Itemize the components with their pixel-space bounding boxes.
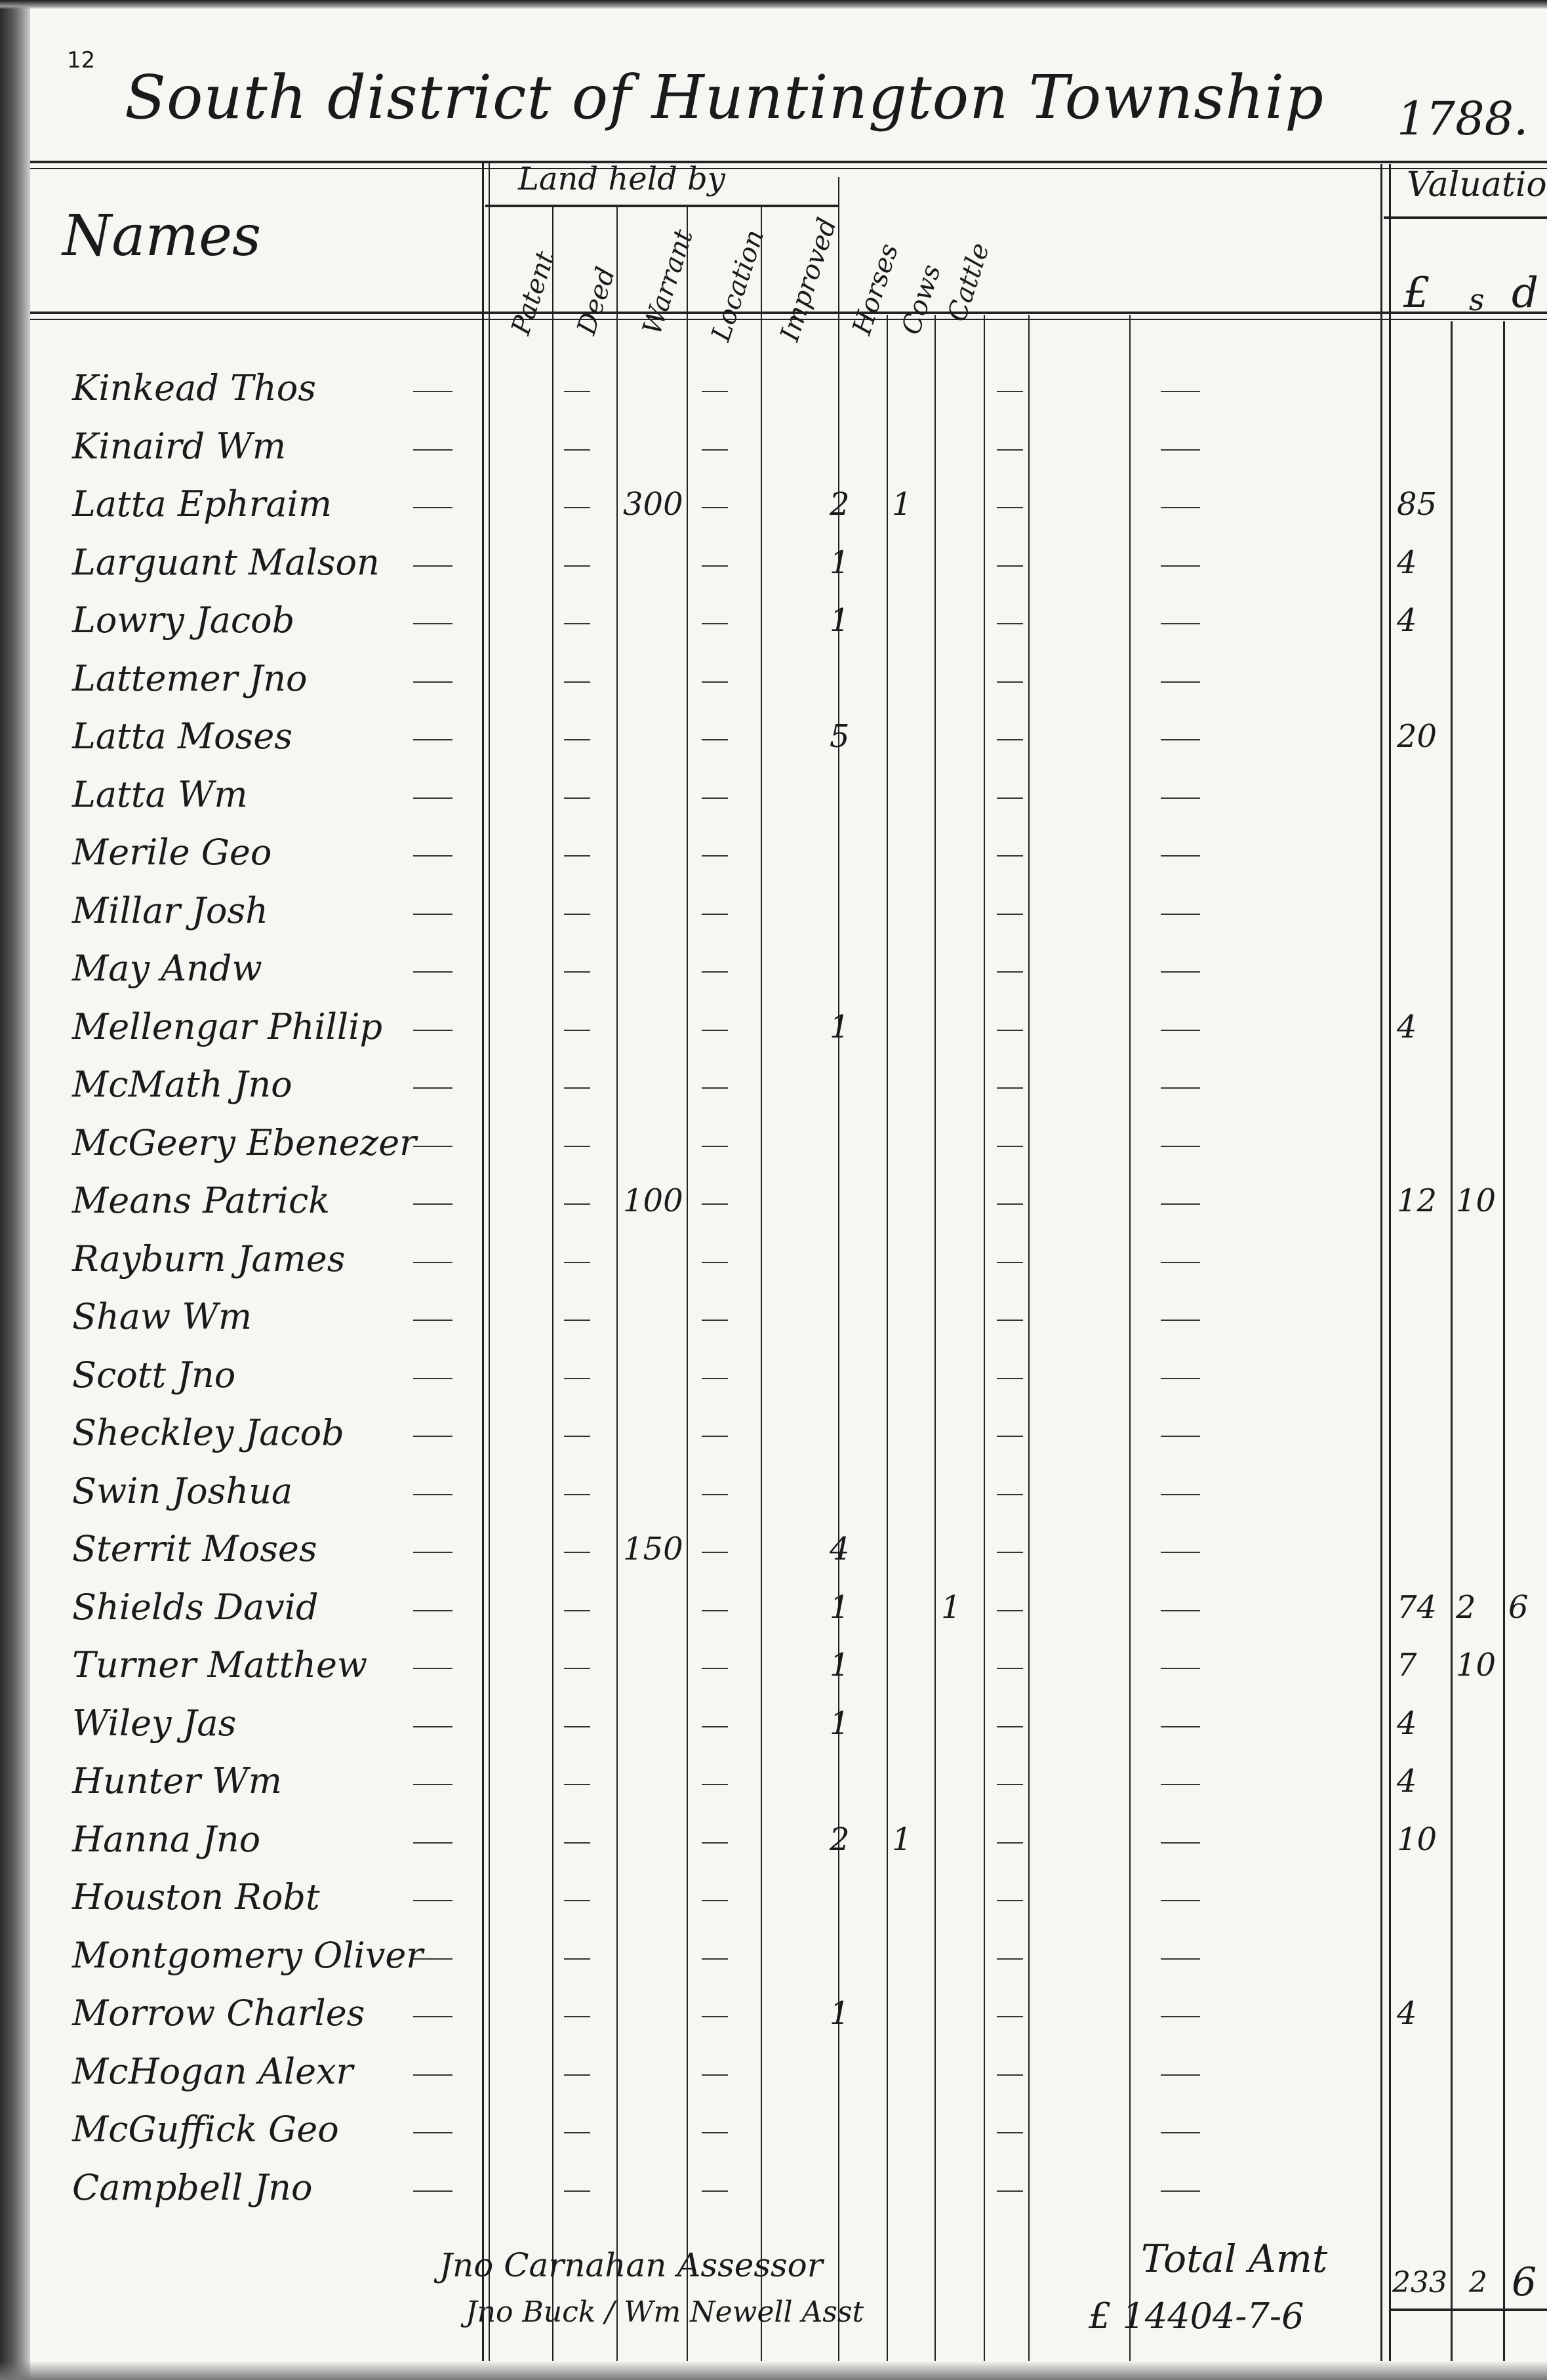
horses-value: 1 bbox=[830, 1009, 850, 1045]
ditto-dash bbox=[997, 797, 1023, 799]
ditto-dash bbox=[1161, 1900, 1200, 1901]
ditto-dash bbox=[1161, 971, 1200, 973]
ditto-dash bbox=[413, 1726, 452, 1727]
ditto-dash bbox=[997, 391, 1023, 392]
table-row: Millar Josh bbox=[46, 890, 1535, 935]
ditto-dash bbox=[702, 391, 728, 392]
ditto-dash bbox=[564, 681, 590, 683]
table-row: McMath Jno bbox=[46, 1064, 1535, 1108]
ditto-dash bbox=[702, 1494, 728, 1495]
ditto-dash bbox=[1161, 1436, 1200, 1437]
ditto-dash bbox=[702, 507, 728, 508]
ditto-dash bbox=[413, 1668, 452, 1669]
horses-column-header: Horses bbox=[847, 240, 904, 338]
ditto-dash bbox=[564, 2074, 590, 2076]
ditto-dash bbox=[1161, 2074, 1200, 2076]
ditto-dash bbox=[702, 1958, 728, 1960]
ditto-dash bbox=[702, 449, 728, 451]
row-name: Latta Moses bbox=[72, 716, 292, 757]
table-row: McGeery Ebenezer bbox=[46, 1122, 1535, 1167]
valuation-pounds: 4 bbox=[1397, 1009, 1417, 1045]
horses-value: 2 bbox=[830, 486, 850, 523]
ditto-dash bbox=[564, 1320, 590, 1321]
ditto-dash bbox=[564, 1610, 590, 1611]
ditto-dash bbox=[564, 1784, 590, 1785]
ditto-dash bbox=[1161, 1378, 1200, 1379]
ditto-dash bbox=[1161, 1030, 1200, 1031]
ditto-dash bbox=[702, 1146, 728, 1147]
valuation-pounds: 4 bbox=[1397, 1705, 1417, 1742]
ditto-dash bbox=[413, 1087, 452, 1089]
valuation-pounds: 4 bbox=[1397, 1763, 1417, 1800]
table-row: McHogan Alexr bbox=[46, 2051, 1535, 2095]
ditto-dash bbox=[702, 1378, 728, 1379]
row-name: Scott Jno bbox=[72, 1354, 235, 1396]
ditto-dash bbox=[1161, 2016, 1200, 2017]
ditto-dash bbox=[564, 2132, 590, 2133]
ditto-dash bbox=[997, 1784, 1023, 1785]
ditto-dash bbox=[997, 1494, 1023, 1495]
row-name: Latta Ephraim bbox=[72, 483, 332, 525]
ditto-dash bbox=[1161, 914, 1200, 915]
ditto-dash bbox=[1161, 449, 1200, 451]
valuation-pounds: 20 bbox=[1397, 718, 1437, 755]
row-name: Houston Robt bbox=[72, 1876, 320, 1918]
ditto-dash bbox=[564, 565, 590, 567]
ditto-dash bbox=[413, 1784, 452, 1785]
table-row: Merile Geo bbox=[46, 832, 1535, 876]
ditto-dash bbox=[702, 1030, 728, 1031]
ditto-dash bbox=[1161, 623, 1200, 624]
total-rule bbox=[1389, 2309, 1547, 2311]
ditto-dash bbox=[413, 507, 452, 508]
ditto-dash bbox=[413, 2132, 452, 2133]
ditto-dash bbox=[997, 2190, 1023, 2192]
horses-value: 5 bbox=[830, 718, 850, 755]
valuation-total-shillings: 2 bbox=[1469, 2266, 1487, 2299]
cows-value: 1 bbox=[892, 486, 912, 523]
ditto-dash bbox=[702, 1784, 728, 1785]
ditto-dash bbox=[1161, 1320, 1200, 1321]
valuation-pounds: 10 bbox=[1397, 1821, 1437, 1858]
table-row: McGuffick Geo bbox=[46, 2108, 1535, 2153]
page-number: 12 bbox=[67, 47, 95, 73]
page-top-edge bbox=[0, 0, 1547, 9]
ditto-dash bbox=[564, 1378, 590, 1379]
ditto-dash bbox=[413, 681, 452, 683]
cows-column-header: Cows bbox=[896, 261, 947, 338]
table-row: Swin Joshua bbox=[46, 1470, 1535, 1515]
ditto-dash bbox=[702, 797, 728, 799]
improved-column-header: Improved bbox=[774, 214, 843, 345]
ditto-dash bbox=[564, 855, 590, 857]
ditto-dash bbox=[413, 2190, 452, 2192]
ditto-dash bbox=[413, 1203, 452, 1205]
ditto-dash bbox=[413, 1494, 452, 1495]
ditto-dash bbox=[997, 1203, 1023, 1205]
horses-value: 1 bbox=[830, 602, 850, 639]
table-row: Means Patrick1001210 bbox=[46, 1180, 1535, 1224]
table-row: Shaw Wm bbox=[46, 1296, 1535, 1341]
row-name: McHogan Alexr bbox=[72, 2051, 353, 2092]
ditto-dash bbox=[564, 507, 590, 508]
ditto-dash bbox=[564, 449, 590, 451]
ditto-dash bbox=[413, 2016, 452, 2017]
valuation-header: Valuation bbox=[1407, 165, 1547, 205]
ditto-dash bbox=[413, 1958, 452, 1960]
ditto-dash bbox=[1161, 739, 1200, 740]
row-name: McGeery Ebenezer bbox=[72, 1122, 416, 1163]
row-name: Wiley Jas bbox=[72, 1703, 236, 1744]
valuation-shillings: 10 bbox=[1456, 1647, 1496, 1684]
ditto-dash bbox=[1161, 1262, 1200, 1263]
ditto-dash bbox=[564, 1436, 590, 1437]
ditto-dash bbox=[997, 1958, 1023, 1960]
ditto-dash bbox=[413, 797, 452, 799]
ditto-dash bbox=[997, 681, 1023, 683]
table-row: Mellengar Phillip14 bbox=[46, 1006, 1535, 1051]
ditto-dash bbox=[997, 1552, 1023, 1553]
table-row: Wiley Jas14 bbox=[46, 1703, 1535, 1747]
ditto-dash bbox=[997, 507, 1023, 508]
ditto-dash bbox=[564, 1900, 590, 1901]
ditto-dash bbox=[702, 623, 728, 624]
page-year: 1788. bbox=[1397, 92, 1528, 146]
ditto-dash bbox=[997, 1146, 1023, 1147]
ditto-dash bbox=[702, 2190, 728, 2192]
table-row: Morrow Charles14 bbox=[46, 1992, 1535, 2037]
ditto-dash bbox=[702, 1668, 728, 1669]
valuation-pounds: 85 bbox=[1397, 486, 1437, 523]
ditto-dash bbox=[997, 739, 1023, 740]
ditto-dash bbox=[564, 2190, 590, 2192]
horses-value: 1 bbox=[830, 1647, 850, 1684]
ditto-dash bbox=[997, 565, 1023, 567]
row-name: Montgomery Oliver bbox=[72, 1935, 423, 1976]
valuation-group-rule bbox=[1384, 216, 1547, 219]
ditto-dash bbox=[564, 1494, 590, 1495]
ditto-dash bbox=[997, 623, 1023, 624]
ditto-dash bbox=[564, 1552, 590, 1553]
header-top-rule bbox=[30, 161, 1547, 163]
ditto-dash bbox=[702, 1087, 728, 1089]
column-rule bbox=[616, 205, 618, 2361]
row-name: Means Patrick bbox=[72, 1180, 330, 1221]
ditto-dash bbox=[413, 565, 452, 567]
total-amount: £ 14404-7-6 bbox=[1089, 2295, 1304, 2337]
row-name: Latta Wm bbox=[72, 774, 248, 815]
valuation-total-pence: 6 bbox=[1512, 2259, 1537, 2305]
ditto-dash bbox=[702, 1436, 728, 1437]
row-name: Mellengar Phillip bbox=[72, 1006, 382, 1047]
table-row: Latta Moses520 bbox=[46, 716, 1535, 760]
ditto-dash bbox=[564, 1726, 590, 1727]
ditto-dash bbox=[1161, 391, 1200, 392]
row-name: Kinaird Wm bbox=[72, 426, 286, 467]
row-name: Rayburn James bbox=[72, 1238, 345, 1280]
ditto-dash bbox=[997, 1900, 1023, 1901]
ditto-dash bbox=[413, 391, 452, 392]
table-row: Houston Robt bbox=[46, 1876, 1535, 1921]
ditto-dash bbox=[413, 1320, 452, 1321]
row-name: May Andw bbox=[72, 948, 262, 989]
ditto-dash bbox=[997, 1610, 1023, 1611]
ditto-dash bbox=[564, 1668, 590, 1669]
assistant-assessors-signature: Jno Buck / Wm Newell Asst bbox=[466, 2295, 864, 2329]
ditto-dash bbox=[1161, 1146, 1200, 1147]
ditto-dash bbox=[413, 623, 452, 624]
row-name: Shields David bbox=[72, 1586, 319, 1628]
ditto-dash bbox=[413, 1030, 452, 1031]
ditto-dash bbox=[997, 2016, 1023, 2017]
table-row: Lowry Jacob14 bbox=[46, 599, 1535, 644]
ditto-dash bbox=[997, 1436, 1023, 1437]
table-row: Larguant Malson14 bbox=[46, 542, 1535, 586]
names-column-header: Names bbox=[62, 203, 261, 269]
ditto-dash bbox=[1161, 1958, 1200, 1960]
ditto-dash bbox=[564, 971, 590, 973]
ditto-dash bbox=[997, 449, 1023, 451]
ditto-dash bbox=[564, 623, 590, 624]
ditto-dash bbox=[702, 971, 728, 973]
ditto-dash bbox=[702, 1900, 728, 1901]
assessor-signature: Jno Carnahan Assessor bbox=[439, 2246, 823, 2284]
ditto-dash bbox=[564, 1958, 590, 1960]
ditto-dash bbox=[564, 739, 590, 740]
valuation-pounds: 4 bbox=[1397, 602, 1417, 639]
ditto-dash bbox=[413, 914, 452, 915]
ditto-dash bbox=[702, 1262, 728, 1263]
ditto-dash bbox=[702, 565, 728, 567]
valuation-pounds: 12 bbox=[1397, 1182, 1437, 1219]
deed-column-header: Deed bbox=[571, 264, 621, 338]
ditto-dash bbox=[997, 1030, 1023, 1031]
table-row: Montgomery Oliver bbox=[46, 1935, 1535, 1979]
ditto-dash bbox=[413, 739, 452, 740]
ditto-dash bbox=[1161, 1784, 1200, 1785]
ditto-dash bbox=[413, 971, 452, 973]
ditto-dash bbox=[564, 1146, 590, 1147]
ditto-dash bbox=[1161, 1087, 1200, 1089]
ditto-dash bbox=[564, 1262, 590, 1263]
row-name: McGuffick Geo bbox=[72, 2108, 339, 2150]
ditto-dash bbox=[413, 1900, 452, 1901]
ditto-dash bbox=[564, 1842, 590, 1844]
ditto-dash bbox=[997, 2132, 1023, 2133]
column-rule bbox=[761, 205, 762, 2361]
row-name: Turner Matthew bbox=[72, 1644, 367, 1685]
horses-value: 4 bbox=[830, 1531, 850, 1567]
ditto-dash bbox=[702, 681, 728, 683]
ditto-dash bbox=[997, 971, 1023, 973]
table-row: Hunter Wm4 bbox=[46, 1760, 1535, 1805]
valuation-pounds: 7 bbox=[1397, 1647, 1417, 1684]
ditto-dash bbox=[702, 1203, 728, 1205]
ditto-dash bbox=[997, 1320, 1023, 1321]
ditto-dash bbox=[413, 1842, 452, 1844]
total-label: Total Amt bbox=[1141, 2236, 1327, 2281]
ditto-dash bbox=[413, 1436, 452, 1437]
ditto-dash bbox=[564, 1030, 590, 1031]
ditto-dash bbox=[1161, 507, 1200, 508]
ditto-dash bbox=[413, 1378, 452, 1379]
row-name: Swin Joshua bbox=[72, 1470, 292, 1512]
table-row: Turner Matthew1710 bbox=[46, 1644, 1535, 1689]
ditto-dash bbox=[1161, 1203, 1200, 1205]
valuation-pounds: 74 bbox=[1397, 1589, 1437, 1626]
column-rule bbox=[552, 205, 553, 2361]
row-name: Lattemer Jno bbox=[72, 658, 308, 699]
header-top-rule-2 bbox=[30, 168, 1547, 169]
page-title: South district of Huntington Township bbox=[125, 62, 1324, 132]
ditto-dash bbox=[1161, 855, 1200, 857]
cows-value: 1 bbox=[892, 1821, 912, 1858]
warrant-column-header: Warrant bbox=[637, 226, 699, 338]
ditto-dash bbox=[564, 797, 590, 799]
book-binding-edge bbox=[0, 0, 30, 2380]
table-row: Latta Ephraim3002185 bbox=[46, 483, 1535, 528]
ditto-dash bbox=[997, 1378, 1023, 1379]
ditto-dash bbox=[1161, 1842, 1200, 1844]
table-row: Sterrit Moses1504 bbox=[46, 1528, 1535, 1573]
ditto-dash bbox=[564, 914, 590, 915]
land-group-rule bbox=[485, 205, 839, 207]
ditto-dash bbox=[1161, 1610, 1200, 1611]
ditto-dash bbox=[413, 1610, 452, 1611]
column-rule bbox=[687, 205, 688, 2361]
row-name: Millar Josh bbox=[72, 890, 268, 931]
table-row: Hanna Jno2110 bbox=[46, 1819, 1535, 1863]
ditto-dash bbox=[1161, 1552, 1200, 1553]
ditto-dash bbox=[564, 1203, 590, 1205]
ditto-dash bbox=[413, 855, 452, 857]
ditto-dash bbox=[413, 2074, 452, 2076]
ditto-dash bbox=[702, 1552, 728, 1553]
table-row: Campbell Jno bbox=[46, 2167, 1535, 2211]
ditto-dash bbox=[1161, 1726, 1200, 1727]
row-name: Shaw Wm bbox=[72, 1296, 252, 1337]
ditto-dash bbox=[1161, 797, 1200, 799]
row-name: McMath Jno bbox=[72, 1064, 292, 1105]
ditto-dash bbox=[997, 1842, 1023, 1844]
table-row: Rayburn James bbox=[46, 1238, 1535, 1283]
ditto-dash bbox=[702, 2016, 728, 2017]
warrant-value: 300 bbox=[623, 486, 683, 523]
row-name: Lowry Jacob bbox=[72, 599, 294, 641]
shillings-header: s bbox=[1469, 282, 1485, 317]
valuation-shillings: 10 bbox=[1456, 1182, 1496, 1219]
page-bottom-edge bbox=[0, 2361, 1547, 2380]
row-name: Merile Geo bbox=[72, 832, 271, 873]
ditto-dash bbox=[413, 449, 452, 451]
horses-value: 1 bbox=[830, 1589, 850, 1626]
ditto-dash bbox=[997, 1087, 1023, 1089]
table-row: May Andw bbox=[46, 948, 1535, 992]
row-name: Sheckley Jacob bbox=[72, 1412, 344, 1453]
valuation-shillings: 2 bbox=[1456, 1589, 1476, 1626]
table-row: Kinkead Thos bbox=[46, 367, 1535, 412]
ditto-dash bbox=[997, 1726, 1023, 1727]
ditto-dash bbox=[1161, 2190, 1200, 2192]
ditto-dash bbox=[702, 1726, 728, 1727]
table-row: Sheckley Jacob bbox=[46, 1412, 1535, 1457]
ditto-dash bbox=[702, 739, 728, 740]
table-row: Scott Jno bbox=[46, 1354, 1535, 1399]
pounds-header: £ bbox=[1403, 269, 1430, 317]
table-row: Lattemer Jno bbox=[46, 658, 1535, 702]
row-name: Campbell Jno bbox=[72, 2167, 312, 2208]
ditto-dash bbox=[413, 1552, 452, 1553]
ditto-dash bbox=[1161, 681, 1200, 683]
horses-value: 1 bbox=[830, 1705, 850, 1742]
ditto-dash bbox=[702, 1842, 728, 1844]
row-name: Larguant Malson bbox=[72, 542, 380, 583]
ditto-dash bbox=[702, 855, 728, 857]
table-row: Latta Wm bbox=[46, 774, 1535, 818]
ditto-dash bbox=[702, 1320, 728, 1321]
row-name: Kinkead Thos bbox=[72, 367, 316, 409]
ditto-dash bbox=[413, 1262, 452, 1263]
ditto-dash bbox=[1161, 565, 1200, 567]
ditto-dash bbox=[564, 391, 590, 392]
ditto-dash bbox=[1161, 1494, 1200, 1495]
valuation-total-pounds: 233 bbox=[1392, 2266, 1447, 2299]
ditto-dash bbox=[997, 1262, 1023, 1263]
warrant-value: 100 bbox=[623, 1182, 683, 1219]
ditto-dash bbox=[997, 2074, 1023, 2076]
ditto-dash bbox=[702, 914, 728, 915]
pence-header: d bbox=[1512, 269, 1538, 317]
horses-value: 2 bbox=[830, 1821, 850, 1858]
ditto-dash bbox=[1161, 1668, 1200, 1669]
ditto-dash bbox=[413, 1146, 452, 1147]
ditto-dash bbox=[997, 855, 1023, 857]
ditto-dash bbox=[702, 2074, 728, 2076]
warrant-value: 150 bbox=[623, 1531, 683, 1567]
table-row: Kinaird Wm bbox=[46, 426, 1535, 470]
row-name: Hunter Wm bbox=[72, 1760, 282, 1802]
ditto-dash bbox=[997, 914, 1023, 915]
land-held-by-header: Land held by bbox=[518, 161, 725, 197]
ditto-dash bbox=[997, 1668, 1023, 1669]
row-name: Sterrit Moses bbox=[72, 1528, 317, 1569]
ditto-dash bbox=[702, 1610, 728, 1611]
ditto-dash bbox=[702, 2132, 728, 2133]
ditto-dash bbox=[1161, 2132, 1200, 2133]
horses-value: 1 bbox=[830, 1995, 850, 2032]
horses-value: 1 bbox=[830, 544, 850, 581]
cattle-value: 1 bbox=[941, 1589, 961, 1626]
row-name: Hanna Jno bbox=[72, 1819, 260, 1860]
table-row: Shields David117426 bbox=[46, 1586, 1535, 1631]
ditto-dash bbox=[564, 1087, 590, 1089]
valuation-pounds: 4 bbox=[1397, 1995, 1417, 2032]
valuation-pence: 6 bbox=[1508, 1589, 1529, 1626]
valuation-pounds: 4 bbox=[1397, 544, 1417, 581]
row-name: Morrow Charles bbox=[72, 1992, 365, 2034]
ditto-dash bbox=[564, 2016, 590, 2017]
